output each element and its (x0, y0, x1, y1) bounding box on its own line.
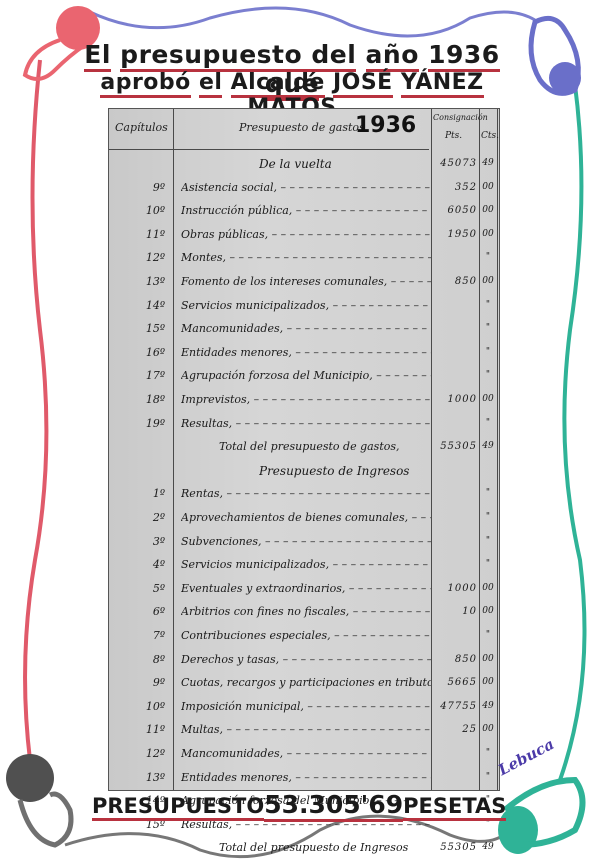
amount-centimos: " (479, 512, 497, 522)
income-row: 6ºArbitrios con fines no fiscales,1000 (109, 601, 499, 623)
concept-label: Contribuciones especiales, (181, 629, 431, 642)
chapter-number: 5º (121, 582, 165, 595)
title-word: Alcalde (231, 70, 325, 98)
tooth-icon-bottom-left (6, 754, 71, 845)
amount-centimos: " (479, 748, 497, 758)
chapter-number: 10º (121, 700, 165, 713)
tooth-icon-top-right (531, 18, 581, 94)
expense-row: 9ºAsistencia social,35200 (109, 177, 499, 199)
expense-row: 12ºMontes," (109, 247, 499, 269)
summary-amount: 53.305'69 (264, 790, 403, 822)
expense-row: 19ºResultas," (109, 413, 499, 435)
amount-centimos: " (479, 559, 497, 569)
amount-centimos: " (479, 630, 497, 640)
mayor-name: YÁNEZ (401, 70, 484, 98)
concept-label: Instrucción pública, (181, 204, 431, 217)
expense-row: 10ºInstrucción pública,605000 (109, 200, 499, 222)
income-section-title: Presupuesto de Ingresos (109, 460, 499, 482)
chapter-number: 9º (121, 676, 165, 689)
expense-row: 16ºEntidades menores," (109, 342, 499, 364)
concept-label: Obras públicas, (181, 228, 431, 241)
concept-label: Entidades menores, (181, 346, 431, 359)
concept-label: Imprevistos, (181, 393, 431, 406)
header-year: 1936 (355, 113, 416, 138)
amount-pesetas: 10 (431, 606, 477, 617)
income-row: 9ºCuotas, recargos y participaciones en … (109, 672, 499, 694)
amount-pesetas: 352 (431, 182, 477, 193)
title-word: El (84, 40, 111, 72)
concept-label: Aprovechamientos de bienes comunales, (181, 511, 431, 524)
amount-centimos: 49 (479, 842, 497, 852)
summary-label: PRESUPUESTO (92, 794, 264, 821)
expense-row: 15ºMancomunidades," (109, 318, 499, 340)
amount-centimos: 00 (479, 394, 497, 404)
concept-label: Derechos y tasas, (181, 653, 431, 666)
concept-label: Agrupación forzosa del Municipio, (181, 369, 431, 382)
concept-label: Total del presupuesto de Ingresos (219, 841, 429, 854)
header-consignacion: Consignación (433, 113, 488, 122)
title-year: 1936 (428, 40, 500, 72)
summary-currency: PESETAS (403, 794, 506, 821)
income-row: 13ºEntidades menores," (109, 767, 499, 789)
header-capitulos: Capítulos (115, 121, 168, 134)
amount-pesetas: 850 (431, 276, 477, 287)
income-row: 3ºSubvenciones," (109, 531, 499, 553)
amount-centimos: 00 (479, 583, 497, 593)
amount-pesetas: 5665 (431, 677, 477, 688)
chapter-number: 12º (121, 747, 165, 760)
income-row: 2ºAprovechamientos de bienes comunales," (109, 507, 499, 529)
chapter-number: 1º (121, 487, 165, 500)
concept-label: Fomento de los intereses comunales, (181, 275, 431, 288)
concept-label: Presupuesto de Ingresos (259, 464, 459, 478)
amount-pesetas: 850 (431, 654, 477, 665)
amount-centimos: 49 (479, 441, 497, 451)
concept-label: Entidades menores, (181, 771, 431, 784)
concept-label: Subvenciones, (181, 535, 431, 548)
amount-centimos: " (479, 252, 497, 262)
chapter-number: 4º (121, 558, 165, 571)
amount-centimos: 49 (479, 158, 497, 168)
amount-pesetas: 55305 (431, 441, 477, 452)
amount-pesetas: 1950 (431, 229, 477, 240)
amount-centimos: " (479, 323, 497, 333)
income-row: 7ºContribuciones especiales," (109, 625, 499, 647)
chapter-number: 2º (121, 511, 165, 524)
income-row: 1ºRentas," (109, 483, 499, 505)
chapter-number: 13º (121, 771, 165, 784)
chapter-number: 10º (121, 204, 165, 217)
chapter-number: 6º (121, 605, 165, 618)
amount-centimos: " (479, 418, 497, 428)
tooth-icon-bottom-right (498, 780, 583, 854)
mayor-name: JOSÉ (333, 70, 393, 98)
amount-centimos: 00 (479, 654, 497, 664)
total-expenses-row: Total del presupuesto de gastos,5530549 (109, 436, 499, 458)
chapter-number: 16º (121, 346, 165, 359)
chapter-number: 13º (121, 275, 165, 288)
header-cts: Cts. (481, 131, 499, 141)
chapter-number: 14º (121, 299, 165, 312)
income-row: 4ºServicios municipalizados," (109, 554, 499, 576)
amount-pesetas: 1000 (431, 394, 477, 405)
chapter-number: 3º (121, 535, 165, 548)
amount-centimos: 00 (479, 276, 497, 286)
amount-centimos: " (479, 772, 497, 782)
income-row: 12ºMancomunidades," (109, 743, 499, 765)
chapter-number: 7º (121, 629, 165, 642)
income-row: 8ºDerechos y tasas,85000 (109, 649, 499, 671)
amount-centimos: 00 (479, 724, 497, 734)
concept-label: Imposición municipal, (181, 700, 431, 713)
chapter-number: 9º (121, 181, 165, 194)
title-word: presupuesto del (120, 40, 356, 72)
concept-label: Total del presupuesto de gastos, (219, 440, 429, 453)
amount-centimos: " (479, 370, 497, 380)
budget-summary: PRESUPUESTO 53.305'69 PESETAS (92, 790, 492, 822)
amount-pesetas: 55305 (431, 842, 477, 853)
concept-label: Cuotas, recargos y participaciones en tr… (181, 676, 431, 689)
amount-centimos: " (479, 347, 497, 357)
amount-centimos: " (479, 488, 497, 498)
title-word: aprobó (100, 70, 190, 98)
chapter-number: 11º (121, 228, 165, 241)
chapter-number: 8º (121, 653, 165, 666)
expense-row: 11ºObras públicas,195000 (109, 224, 499, 246)
concept-label: Mancomunidades, (181, 322, 431, 335)
amount-centimos: 00 (479, 205, 497, 215)
chapter-number: 18º (121, 393, 165, 406)
amount-centimos: " (479, 300, 497, 310)
expense-row: 13ºFomento de los intereses comunales,85… (109, 271, 499, 293)
expense-row: 14ºServicios municipalizados," (109, 295, 499, 317)
chapter-number: 15º (121, 322, 165, 335)
income-row: 11ºMultas,2500 (109, 719, 499, 741)
amount-pesetas: 47755 (431, 701, 477, 712)
income-row: 10ºImposición municipal,4775549 (109, 696, 499, 718)
income-row: 5ºEventuales y extraordinarios,100000 (109, 578, 499, 600)
carry-over-row: De la vuelta4507349 (109, 153, 499, 175)
chapter-number: 12º (121, 251, 165, 264)
concept-label: Servicios municipalizados, (181, 299, 431, 312)
expense-row: 17ºAgrupación forzosa del Municipio," (109, 365, 499, 387)
amount-centimos: " (479, 536, 497, 546)
header-pts: Pts. (445, 131, 462, 141)
amount-pesetas: 45073 (431, 158, 477, 169)
chapter-number: 19º (121, 417, 165, 430)
chapter-number: 11º (121, 723, 165, 736)
amount-centimos: 00 (479, 606, 497, 616)
header-concept: Presupuesto de gastos (239, 121, 365, 134)
concept-label: Arbitrios con fines no fiscales, (181, 605, 431, 618)
amount-pesetas: 25 (431, 724, 477, 735)
amount-centimos: 00 (479, 182, 497, 192)
amount-pesetas: 6050 (431, 205, 477, 216)
concept-label: Eventuales y extraordinarios, (181, 582, 431, 595)
title-word: año (366, 40, 419, 72)
budget-ledger-sheet: Capítulos Presupuesto de gastos 1936 Con… (108, 108, 500, 791)
amount-centimos: 00 (479, 229, 497, 239)
concept-label: Multas, (181, 723, 431, 736)
concept-label: Rentas, (181, 487, 431, 500)
chapter-number: 17º (121, 369, 165, 382)
amount-centimos: 00 (479, 677, 497, 687)
concept-label: Mancomunidades, (181, 747, 431, 760)
expense-row: 18ºImprevistos,100000 (109, 389, 499, 411)
title-word: el (199, 70, 222, 98)
concept-label: Resultas, (181, 417, 431, 430)
concept-label: Montes, (181, 251, 431, 264)
concept-label: Asistencia social, (181, 181, 431, 194)
amount-pesetas: 1000 (431, 583, 477, 594)
total-income-row: Total del presupuesto de Ingresos5530549 (109, 837, 499, 859)
concept-label: Servicios municipalizados, (181, 558, 431, 571)
concept-label: De la vuelta (259, 157, 459, 171)
amount-centimos: 49 (479, 701, 497, 711)
